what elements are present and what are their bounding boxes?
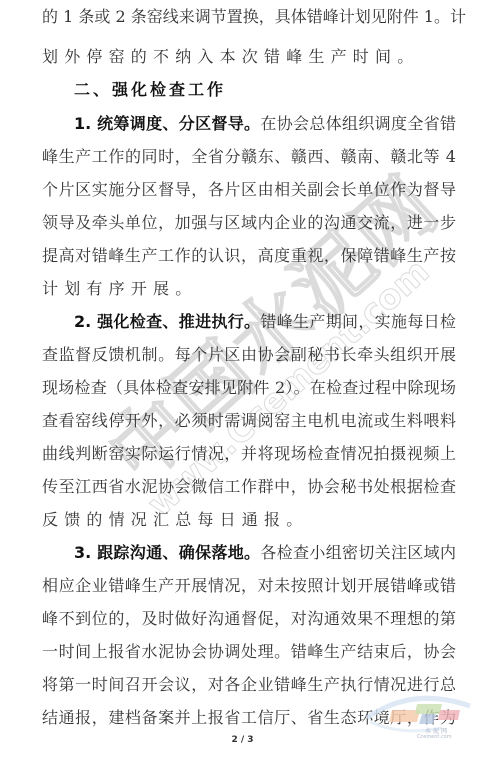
paragraph-line: 将第一时间召开会议，对各企业错峰生产执行情况进行总: [42, 673, 456, 697]
item-1-title: 1. 统筹调度、分区督导。: [74, 114, 260, 133]
paragraph-line: 查看窑线停开外，必须时需调阅窑主电机电流或生料喂料: [42, 409, 456, 433]
page-number: 2 / 3: [0, 735, 485, 745]
paragraph-line: 计划有序开展。: [42, 277, 456, 301]
item-3-title: 3. 跟踪沟通、确保落地。: [74, 543, 260, 562]
paragraph-line: 一时间上报省水泥协会协调处理。错峰生产结束后，协会: [42, 640, 456, 664]
paragraph-line: 曲线判断窑实际运行情况，并将现场检查情况拍摄视频上: [42, 442, 456, 466]
paragraph-line: 查监督反馈机制。每个片区由协会副秘书长牵头组织开展: [42, 343, 456, 367]
item-3-first-line: 3. 跟踪沟通、确保落地。各检查小组密切关注区域内: [74, 541, 456, 565]
paragraph-line: 相应企业错峰生产开展情况，对未按照计划开展错峰或错: [42, 574, 456, 598]
paragraph-line: 领导及牵头单位，加强与区域内企业的沟通交流，进一步: [42, 211, 456, 235]
paragraph-line: 现场检查（具体检查安排见附件 2）。在检查过程中除现场: [42, 376, 456, 400]
paragraph-line: 结通报，建档备案并上报省工信厅、省生态环境厅，作为: [42, 706, 456, 730]
paragraph-line: 个片区实施分区督导，各片区由相关副会长单位作为督导: [42, 178, 456, 202]
item-3-first-line-text: 各检查小组密切关注区域内: [260, 543, 456, 562]
paragraph-line: 提高对错峰生产工作的认识，高度重视，保障错峰生产按: [42, 244, 456, 268]
item-2-first-line: 2. 强化检查、推进执行。错峰生产期间，实施每日检: [74, 310, 456, 334]
paragraph-line: 传至江西省水泥协会微信工作群中，协会秘书处根据检查: [42, 475, 456, 499]
paragraph-line: 峰不到位的，及时做好沟通督促，对沟通效果不理想的第: [42, 607, 456, 631]
section-heading: 二、强化检查工作: [74, 78, 226, 102]
item-1-first-line-text: 在协会总体组织调度全省错: [260, 114, 456, 133]
paragraph-line: 划外停窑的不纳入本次错峰生产时间。: [42, 45, 456, 69]
paragraph-line: 反馈的情况汇总每日通报。: [42, 508, 456, 532]
item-1-first-line: 1. 统筹调度、分区督导。在协会总体组织调度全省错: [74, 112, 456, 136]
item-2-first-line-text: 错峰生产期间，实施每日检: [260, 312, 456, 331]
document-page: 中国水泥网 www.Ccement.com 的 1 条或 2 条窑线来调节置换，…: [0, 0, 485, 764]
paragraph-line: 的 1 条或 2 条窑线来调节置换，具体错峰计划见附件 1。计: [42, 5, 456, 29]
item-2-title: 2. 强化检查、推进执行。: [74, 312, 260, 331]
paragraph-line: 峰生产工作的同时，全省分赣东、赣西、赣南、赣北等 4: [42, 145, 456, 169]
